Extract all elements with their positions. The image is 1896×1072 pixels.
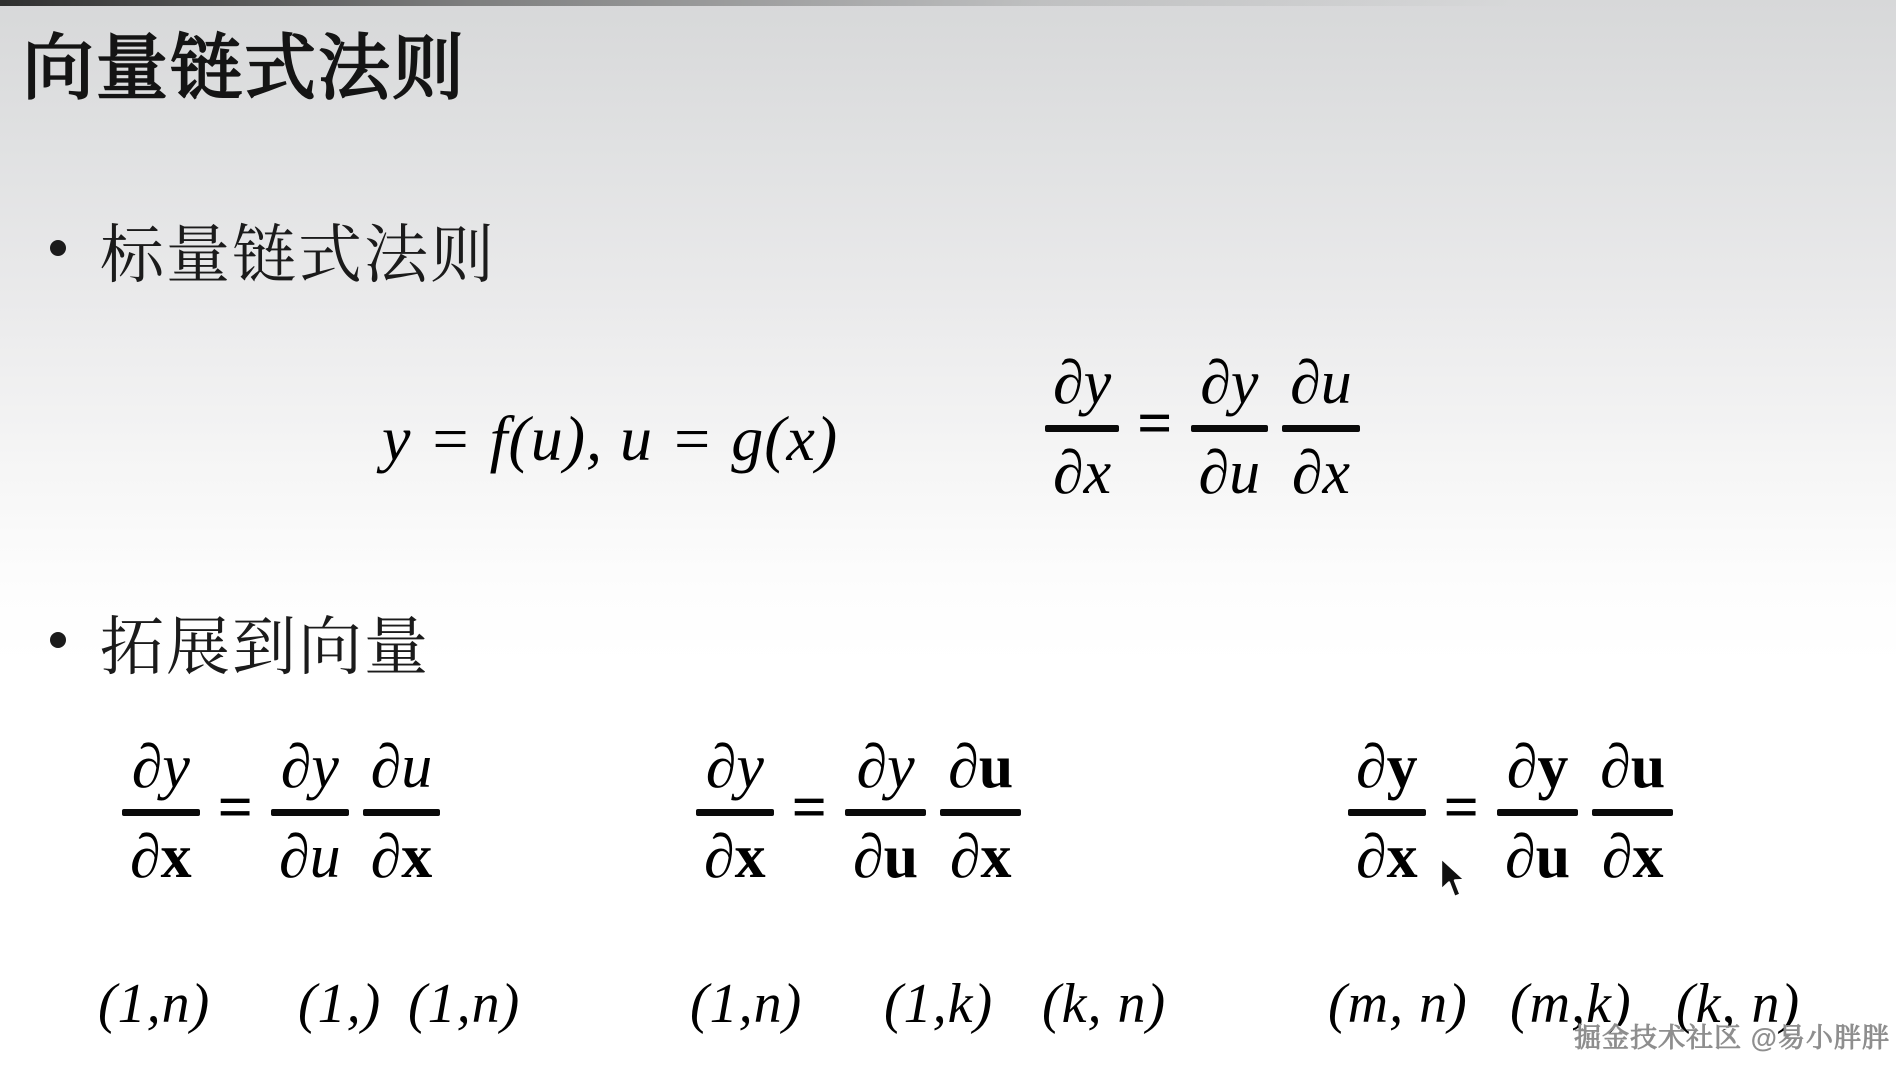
math-symbol: ∂	[371, 823, 402, 891]
math-symbol: u	[979, 733, 1013, 801]
fraction: ∂y∂u	[1497, 736, 1578, 889]
vector-chain-rule-equation: ∂y∂x=∂y∂u∂u∂x	[696, 736, 1021, 889]
vector-chain-rule-equation: ∂y∂x=∂y∂u∂u∂x	[122, 736, 440, 889]
math-symbol: x	[980, 823, 1011, 891]
tensor-shape-label: (1,n)	[690, 972, 802, 1036]
bullet-dot	[50, 632, 66, 648]
mouse-cursor-icon	[1437, 856, 1469, 902]
math-symbol: ∂	[1356, 823, 1387, 891]
bullet-label: 标量链式法则	[100, 219, 496, 291]
math-symbol: x	[1387, 823, 1418, 891]
math-symbol: ∂	[950, 823, 981, 891]
fraction: ∂y∂x	[1045, 352, 1119, 505]
vector-chain-rule-equation: ∂y∂x=∂y∂u∂u∂x	[1348, 736, 1673, 889]
fraction: ∂y∂x	[696, 736, 774, 889]
math-symbol: u	[1631, 733, 1665, 801]
math-symbol: ∂y	[1053, 349, 1111, 417]
fraction: ∂y∂u	[1191, 352, 1269, 505]
tensor-shape-label: (1,k)	[884, 972, 993, 1036]
fraction: ∂u∂x	[363, 736, 441, 889]
bullet-item-scalar-chain-rule: 标量链式法则	[100, 204, 496, 296]
page-title: 向量链式法则	[22, 10, 466, 114]
bullet-label: 拓展到向量	[100, 611, 430, 683]
fraction-bar	[696, 809, 774, 816]
math-symbol: x	[401, 823, 432, 891]
math-symbol: ∂	[1507, 733, 1538, 801]
math-symbol: x	[1632, 823, 1663, 891]
fraction: ∂y∂u	[271, 736, 349, 889]
math-symbol: ∂	[704, 823, 735, 891]
fraction: ∂u∂x	[1592, 736, 1673, 889]
math-symbol: ∂	[853, 823, 884, 891]
tensor-shape-label: (1,n)	[98, 972, 210, 1036]
math-symbol: ∂u	[1199, 439, 1261, 507]
equals-sign: =	[792, 773, 827, 844]
math-symbol: ∂y	[856, 733, 914, 801]
math-symbol: ∂y	[706, 733, 764, 801]
fraction-bar	[1592, 809, 1673, 816]
fraction: ∂y∂x	[122, 736, 200, 889]
math-symbol: u	[884, 823, 918, 891]
fraction-bar	[940, 809, 1021, 816]
math-symbol: ∂x	[1053, 439, 1111, 507]
math-symbol: ∂y	[1200, 349, 1258, 417]
math-symbol: y	[1537, 733, 1568, 801]
top-edge-shade	[0, 0, 1896, 6]
math-symbol: ∂	[1505, 823, 1536, 891]
tensor-shape-label: (m, n)	[1328, 972, 1468, 1036]
math-symbol: ∂	[1356, 733, 1387, 801]
math-symbol: ∂u	[279, 823, 341, 891]
math-symbol: ∂y	[132, 733, 190, 801]
equals-sign: =	[218, 773, 253, 844]
math-symbol: u	[1536, 823, 1570, 891]
scalar-chain-rule-equation: ∂y∂x=∂y∂u∂u∂x	[1045, 352, 1360, 505]
math-symbol: ∂y	[281, 733, 339, 801]
fraction-bar	[271, 809, 349, 816]
fraction-bar	[122, 809, 200, 816]
math-symbol: ∂	[1600, 733, 1631, 801]
tensor-shape-label: (k, n)	[1042, 972, 1166, 1036]
fraction-bar	[845, 809, 926, 816]
math-symbol: ∂u	[371, 733, 433, 801]
tensor-shape-label: (1,)	[298, 972, 381, 1036]
math-symbol: ∂u	[1290, 349, 1352, 417]
fraction: ∂u∂x	[1282, 352, 1360, 505]
math-symbol: y	[1387, 733, 1418, 801]
slide: 向量链式法则 标量链式法则 y = f(u), u = g(x) ∂y∂x=∂y…	[0, 0, 1896, 1072]
math-symbol: ∂	[948, 733, 979, 801]
fraction-bar	[1045, 425, 1119, 432]
fraction-bar	[1191, 425, 1269, 432]
fraction: ∂u∂x	[940, 736, 1021, 889]
fraction: ∂y∂x	[1348, 736, 1426, 889]
math-symbol: x	[161, 823, 192, 891]
math-symbol: ∂	[130, 823, 161, 891]
math-symbol: x	[735, 823, 766, 891]
fraction-bar	[1282, 425, 1360, 432]
math-symbol: ∂x	[1292, 439, 1350, 507]
fraction: ∂y∂u	[845, 736, 926, 889]
scalar-definition-formula: y = f(u), u = g(x)	[382, 402, 838, 476]
bullet-item-extend-to-vector: 拓展到向量	[100, 596, 430, 688]
bullet-dot	[50, 240, 66, 256]
fraction-bar	[363, 809, 441, 816]
math-symbol: ∂	[1602, 823, 1633, 891]
fraction-bar	[1348, 809, 1426, 816]
watermark: 掘金技术社区 @易小胖胖	[1574, 1016, 1890, 1055]
fraction-bar	[1497, 809, 1578, 816]
equals-sign: =	[1444, 773, 1479, 844]
equals-sign: =	[1137, 389, 1172, 460]
tensor-shape-label: (1,n)	[408, 972, 520, 1036]
